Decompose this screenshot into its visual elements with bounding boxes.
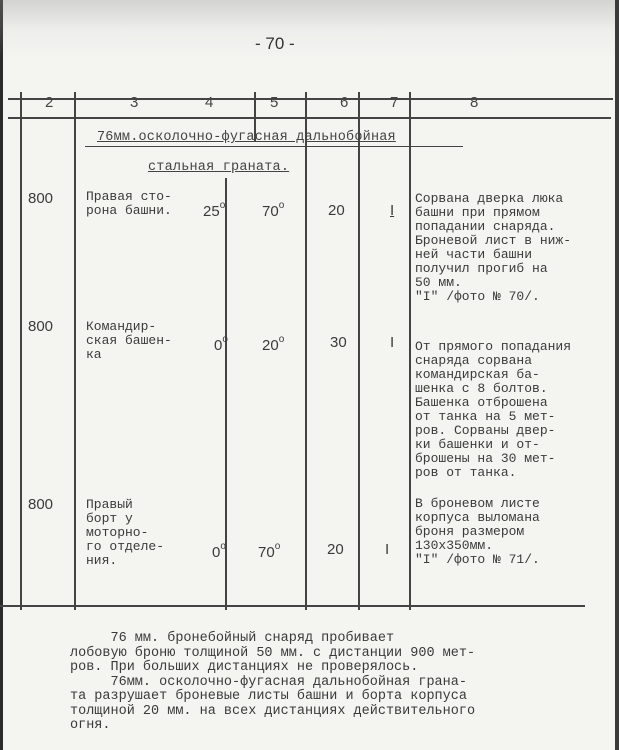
row1-angle2-value: 70: [262, 203, 279, 220]
row3-angle1: 0o: [212, 541, 226, 561]
row3-category: I: [385, 541, 389, 558]
row3-angle2-value: 70: [258, 544, 275, 561]
row1-target: Правая сто- рона башни.: [86, 190, 172, 218]
row2-target: Командир- ская башен- ка: [86, 320, 172, 362]
column-number-2: 2: [45, 94, 53, 111]
row1-angle1: 25o: [203, 200, 225, 220]
row1-angle2: 70o: [262, 200, 284, 220]
column-number-5: 5: [270, 94, 278, 111]
degree-symbol: o: [220, 541, 226, 552]
row1-category: I: [390, 202, 394, 219]
col-rule-5: [358, 92, 360, 610]
degree-symbol: o: [279, 334, 285, 345]
column-number-6: 6: [340, 94, 348, 111]
footnote-paragraph: 76 мм. бронебойный снаряд пробивает лобо…: [70, 632, 475, 734]
row1-distance: 800: [28, 190, 53, 207]
table-header-rule: [8, 117, 611, 119]
scan-edge: [615, 0, 619, 750]
row2-thickness: 30: [330, 334, 347, 351]
degree-symbol: o: [279, 200, 285, 211]
table-top-rule: [8, 98, 613, 100]
column-number-3: 3: [130, 94, 138, 111]
row2-distance: 800: [28, 318, 53, 335]
document-page: - 70 - 2 3 4 5 6 7 8 76мм.осколочно-фуга…: [0, 0, 619, 750]
col-rule-2: [74, 92, 76, 610]
row1-result: Сорвана дверка люка башни при прямом поп…: [415, 192, 571, 304]
row3-thickness: 20: [327, 541, 344, 558]
row3-angle2: 70o: [258, 541, 280, 561]
row3-result: В броневом листе корпуса выломана броня …: [415, 497, 540, 567]
col-rule-4: [305, 92, 307, 610]
col-rule-1: [20, 92, 22, 610]
row2-result: От прямого попадания снаряда сорвана ком…: [415, 340, 571, 480]
section-title-line-2: стальная граната.: [148, 160, 289, 175]
col-rule-6: [409, 92, 411, 610]
row1-thickness: 20: [328, 202, 345, 219]
row2-category: I: [390, 334, 394, 351]
degree-symbol: o: [222, 334, 228, 345]
degree-symbol: o: [220, 200, 226, 211]
section-title-underline: [85, 146, 463, 147]
table-bottom-rule: [0, 605, 585, 607]
section-title-line-1: 76мм.осколочно-фугасная дальнобойная: [97, 130, 396, 145]
row3-target: Правый борт у моторно- го отделе- ния.: [86, 498, 164, 568]
column-number-4: 4: [205, 94, 213, 111]
column-number-8: 8: [470, 94, 478, 111]
row2-angle1: 0o: [214, 334, 228, 354]
row1-angle1-value: 25: [203, 203, 220, 220]
row2-angle2: 20o: [262, 334, 284, 354]
column-number-7: 7: [390, 94, 398, 111]
page-number: - 70 -: [255, 34, 295, 54]
row2-angle2-value: 20: [262, 337, 279, 354]
row3-distance: 800: [28, 496, 53, 513]
degree-symbol: o: [275, 541, 281, 552]
